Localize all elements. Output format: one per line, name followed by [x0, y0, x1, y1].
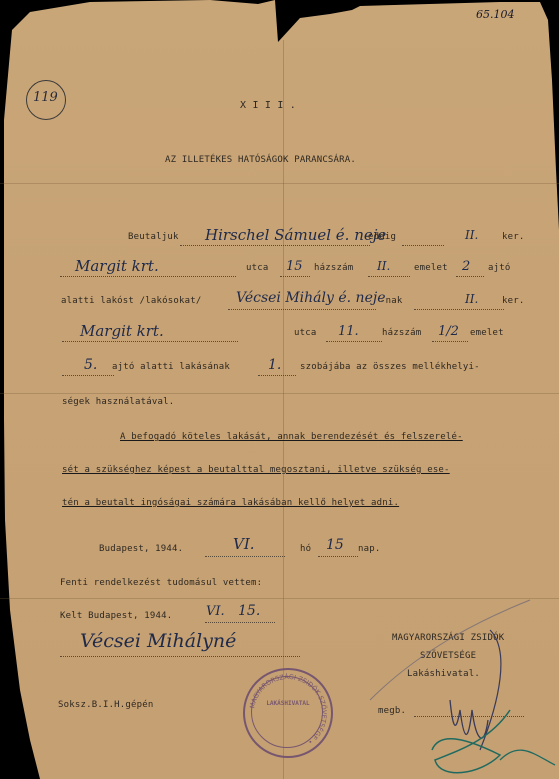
- circled-number-text: 119: [33, 90, 58, 105]
- kelt-prefix: Kelt Budapest, 1944.: [60, 611, 172, 621]
- line4-utca: utca: [294, 328, 316, 338]
- svg-text:MAGYARORSZÁGI ZSIDÓK SZÖVETSÉG: MAGYARORSZÁGI ZSIDÓK SZÖVETSÉGE •: [248, 672, 329, 746]
- official-signature-icon: [360, 590, 559, 779]
- fill-line: [318, 556, 358, 557]
- fill-line: [228, 309, 376, 310]
- line3-nak: -nak: [380, 296, 402, 306]
- line3-name: Vécsei Mihály é. neje: [236, 290, 385, 306]
- date-prefix: Budapest, 1944.: [99, 544, 183, 554]
- line2-ajto: ajtó: [488, 263, 510, 273]
- line2-door: 2: [462, 259, 470, 274]
- line2-emelet: emelet: [414, 263, 448, 273]
- fill-line: [205, 556, 285, 557]
- line3-district: II.: [465, 292, 478, 306]
- line5-text1: ajtó alatti lakásának: [112, 362, 230, 372]
- obligation-line-2: sét a szükséghez képest a beutalttal meg…: [62, 465, 450, 475]
- line2-street: Margit krt.: [75, 257, 159, 275]
- kelt-month: VI.: [206, 604, 225, 619]
- line2-utca: utca: [246, 263, 268, 273]
- line1-mid: eddig: [368, 232, 396, 242]
- line5-door: 5.: [84, 357, 97, 373]
- footer-note: Soksz.B.I.H.gépén: [58, 700, 154, 710]
- line1-name: Hirschel Sámuel é. neje: [205, 226, 386, 244]
- fill-line: [205, 622, 275, 623]
- line3-ker: ker.: [502, 296, 524, 306]
- heading-numeral: X I I I .: [240, 100, 296, 111]
- signature-line: [60, 656, 300, 657]
- stamp-ring-text-icon: MAGYARORSZÁGI ZSIDÓK SZÖVETSÉGE •: [245, 670, 331, 756]
- line4-hazszam: házszám: [382, 328, 421, 338]
- line4-floor: 1/2: [438, 324, 459, 339]
- line4-street: Margit krt.: [80, 322, 164, 340]
- fill-line: [326, 341, 382, 342]
- line3-prefix: alatti lakóst /lakósokat/: [61, 296, 201, 306]
- line2-hazszam: házszám: [314, 263, 353, 273]
- tenant-signature: Vécsei Mihályné: [80, 630, 236, 652]
- line2-floor: II.: [377, 259, 390, 273]
- line5-room: 1.: [268, 357, 281, 373]
- archive-number: 65.104: [476, 8, 515, 21]
- circled-number: 119: [26, 80, 66, 120]
- fill-line: [414, 309, 504, 310]
- line1-prefix: Beutaljuk: [128, 232, 179, 242]
- line4-house-no: 11.: [338, 324, 359, 339]
- heading-title: AZ ILLETÉKES HATÓSÁGOK PARANCSÁRA.: [165, 155, 356, 165]
- date-day: 15: [326, 537, 344, 553]
- line1-district: II.: [465, 228, 478, 242]
- date-month: VI.: [233, 535, 255, 553]
- fill-line: [368, 276, 410, 277]
- line2-house-no: 15: [286, 259, 303, 274]
- fill-line: [258, 375, 296, 376]
- obligation-line-3: tén a beutalt ingóságai számára lakásába…: [62, 498, 399, 508]
- organization-stamp: MAGYARORSZÁGI ZSIDÓK SZÖVETSÉGE • LAKÁSH…: [243, 668, 333, 758]
- line1-suffix: ker.: [502, 232, 524, 242]
- fill-line: [432, 341, 468, 342]
- fill-line: [456, 276, 484, 277]
- line4-emelet: emelet: [470, 328, 504, 338]
- fill-line: [180, 245, 370, 246]
- stamp-center-text: LAKÁSHIVATAL: [265, 700, 311, 707]
- acknowledgement: Fenti rendelkezést tudomásul vettem:: [60, 578, 262, 588]
- line6-text: ségek használatával.: [62, 397, 174, 407]
- fill-line: [60, 276, 236, 277]
- date-nap: nap.: [358, 544, 380, 554]
- fill-line: [280, 276, 310, 277]
- fold-line-horizontal: [0, 393, 559, 394]
- line5-text2: szobájába az összes mellékhelyi-: [300, 362, 480, 372]
- fold-line-horizontal: [0, 183, 559, 184]
- fill-line: [62, 375, 114, 376]
- fill-line: [62, 341, 238, 342]
- kelt-day: 15.: [238, 603, 260, 619]
- date-ho: hó: [300, 544, 311, 554]
- fill-line: [402, 245, 444, 246]
- obligation-line-1: A befogadó köteles lakását, annak berend…: [120, 432, 463, 442]
